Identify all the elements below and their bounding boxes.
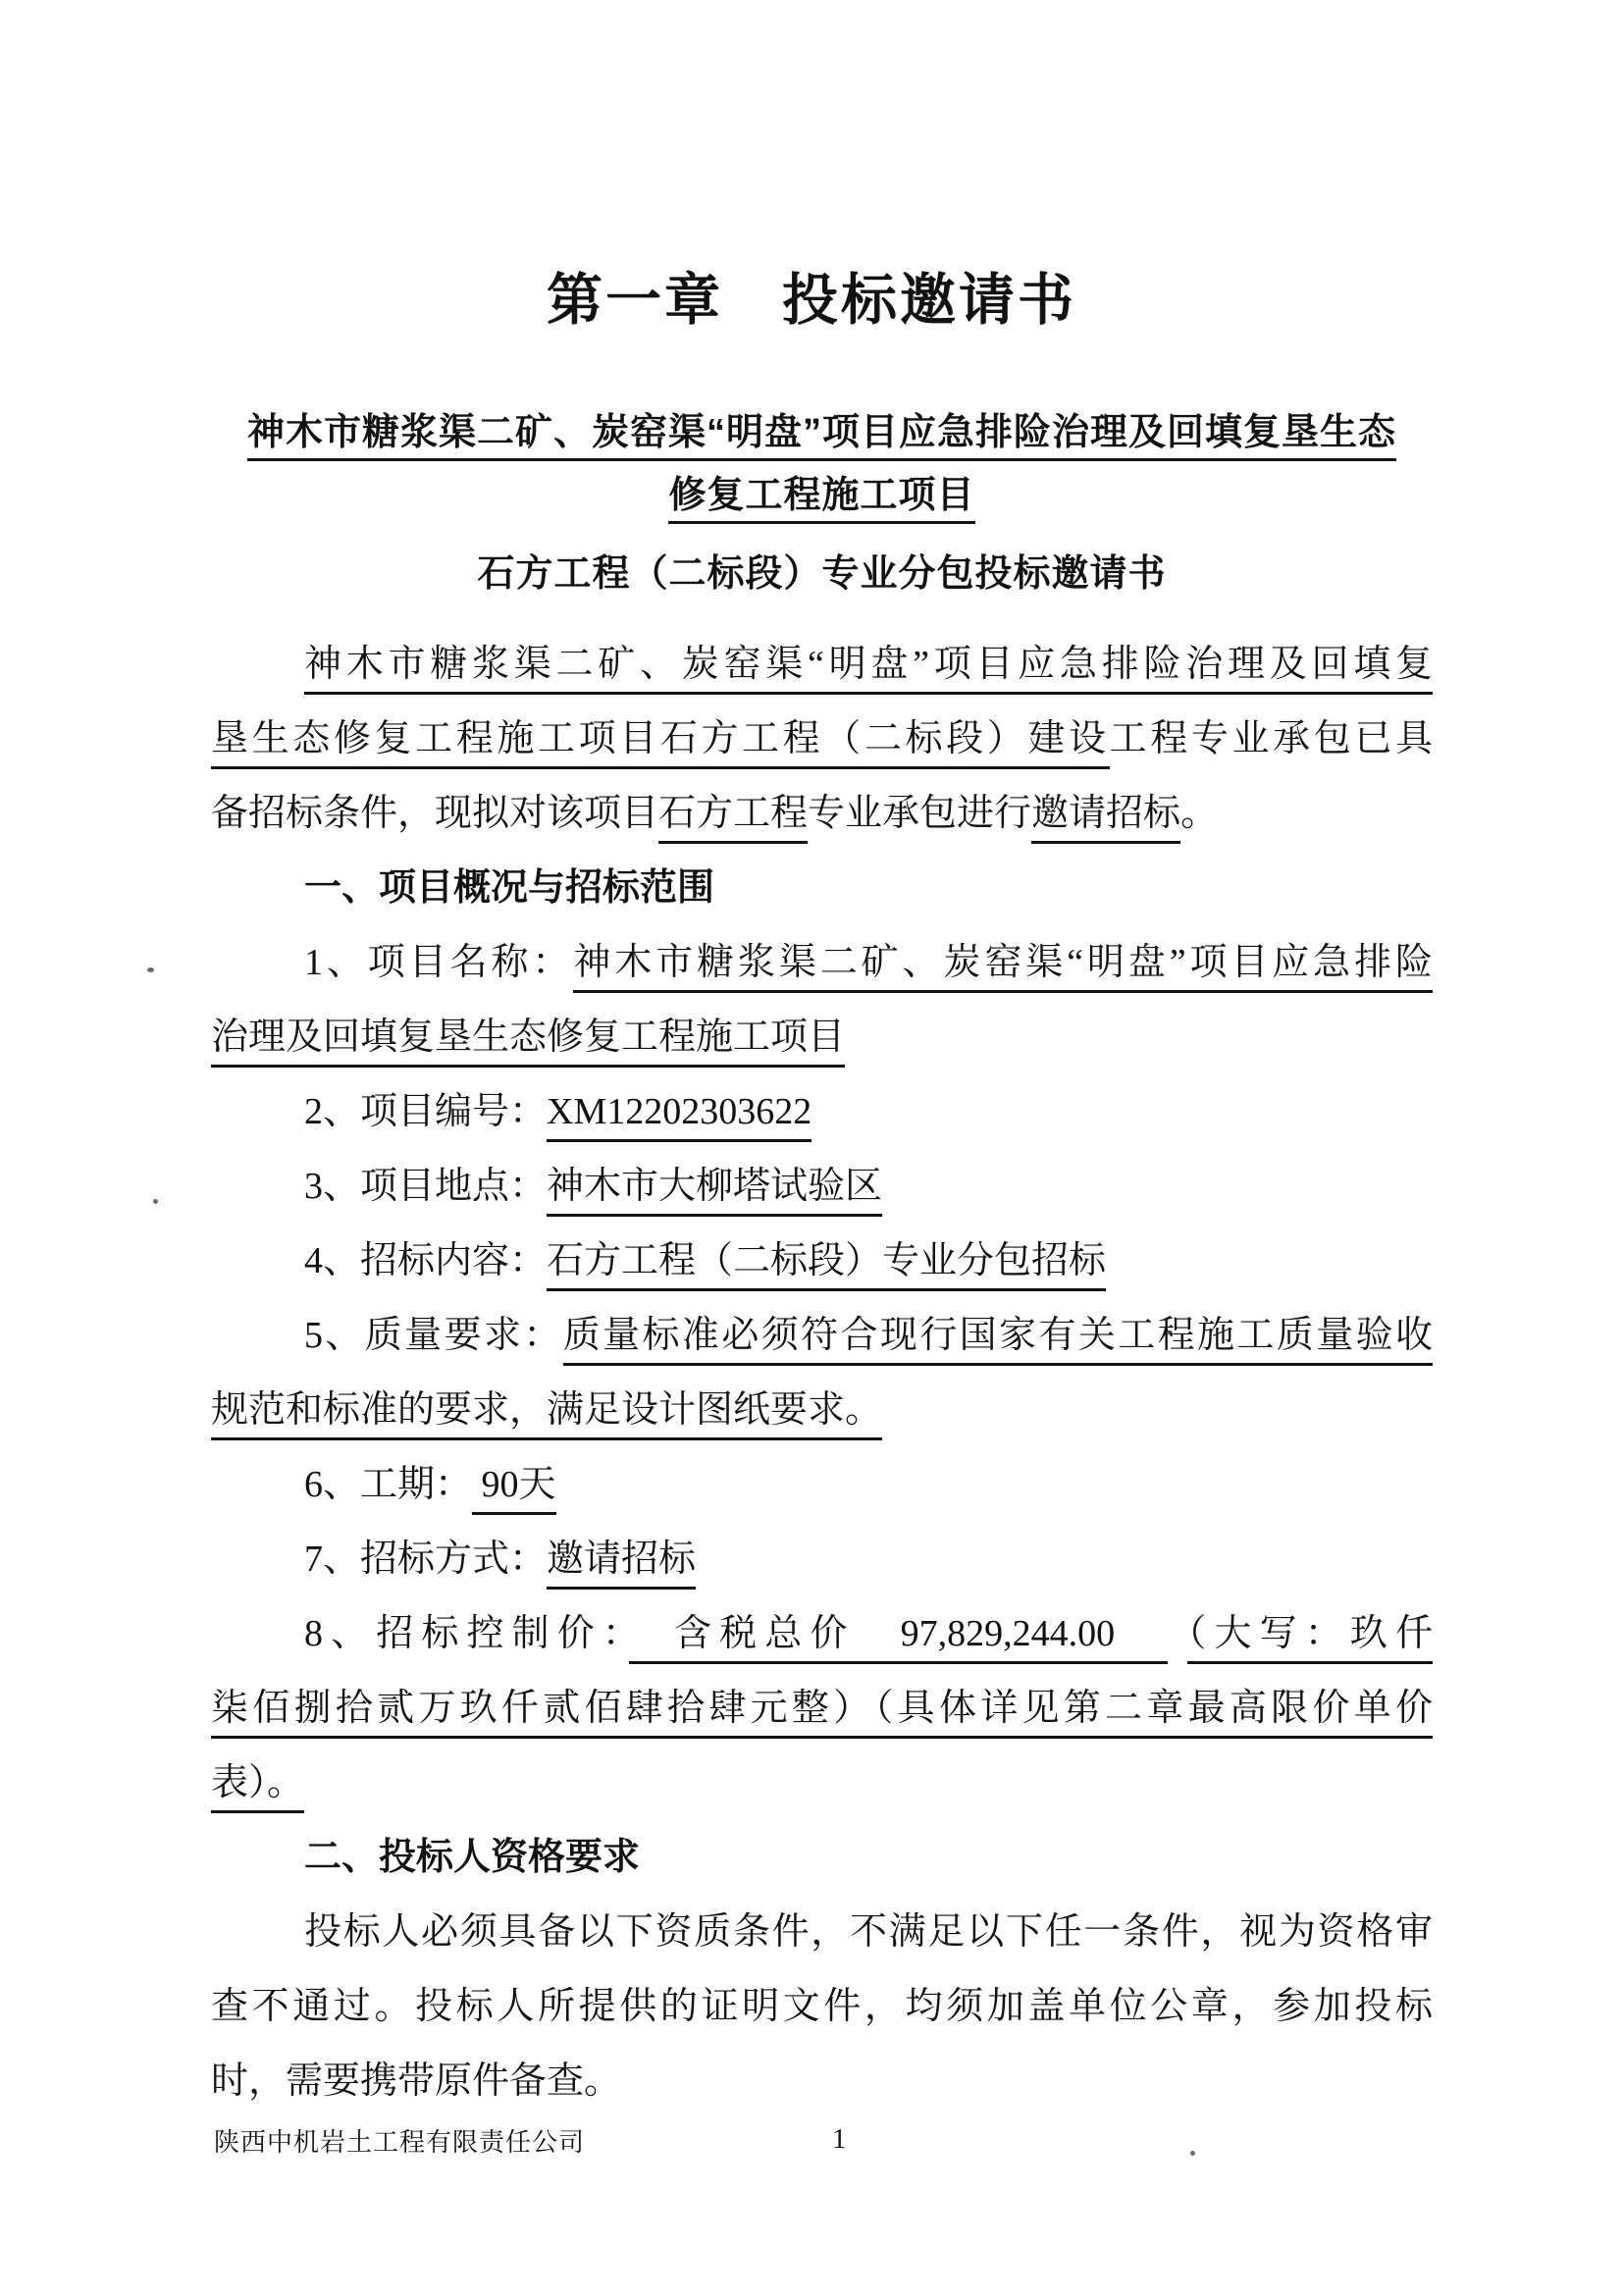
item-control-price-line1: 8、招标控制价： 含税总价 97,829,244.00 （大写：玖仟 [211,1596,1433,1671]
item-bid-content: 4、招标内容：石方工程（二标段）专业分包招标 [211,1224,1433,1298]
intro-line-3-text1: 备招标条件，现拟对该项目 [211,793,658,834]
item-project-name-line1: 1、项目名称：神木市糖浆渠二矿、炭窑渠“明盘”项目应急排险 [211,925,1433,1000]
intro-line-3: 备招标条件，现拟对该项目石方工程专业承包进行邀请招标。 [211,776,1433,851]
intro-line-1-text: 神木市糖浆渠二矿、炭窑渠“明盘”项目应急排险治理及回填复 [304,644,1433,695]
item-quality-label: 5、质量要求： [304,1315,563,1356]
intro-line-3-underline1: 石方工程 [658,793,808,844]
item-project-number: 2、项目编号：XM12202303622 [211,1074,1433,1149]
document-body: 神木市糖浆渠二矿、炭窑渠“明盘”项目应急排险治理及回填复 垦生态修复工程施工项目… [211,627,1433,2118]
item-control-price-capital-start: （大写：玖仟 [1187,1613,1433,1664]
item-duration-label: 6、工期： [304,1464,472,1505]
intro-line-3-underline2: 邀请招标 [1031,793,1180,844]
intro-line-2: 垦生态修复工程施工项目石方工程（二标段）建设工程专业承包已具 [211,702,1433,776]
item-project-number-label: 2、项目编号： [304,1091,547,1132]
item-project-name-value-line2: 治理及回填复垦生态修复工程施工项目 [211,1017,845,1068]
intro-line-1: 神木市糖浆渠二矿、炭窑渠“明盘”项目应急排险治理及回填复 [211,627,1433,702]
bid-subtitle: 石方工程（二标段）专业分包投标邀请书 [211,553,1433,597]
item-quality-line1: 5、质量要求：质量标准必须符合现行国家有关工程施工质量验收 [211,1298,1433,1373]
section2-heading: 二、投标人资格要求 [211,1820,1433,1895]
scan-speck [147,967,154,972]
project-title-line1: 神木市糖浆渠二矿、炭窑渠“明盘”项目应急排险治理及回填复垦生态 [211,412,1433,455]
project-title-line2-text: 修复工程施工项目 [668,475,974,524]
item-bid-method-value: 邀请招标 [547,1539,696,1590]
intro-line-3-text2: 专业承包进行 [808,793,1031,834]
footer-company: 陕西中机岩土工程有限责任公司 [214,2127,585,2159]
item-project-number-value: XM12202303622 [547,1091,811,1142]
project-title-line1-text: 神木市糖浆渠二矿、炭窑渠“明盘”项目应急排险治理及回填复垦生态 [247,412,1396,461]
scan-speck [1168,1331,1173,1335]
document-page: 第一章 投标邀请书 神木市糖浆渠二矿、炭窑渠“明盘”项目应急排险治理及回填复垦生… [0,0,1623,2296]
item-control-price-end: 表）。 [211,1762,304,1813]
qualification-para-line2: 查不通过。投标人所提供的证明文件，均须加盖单位公章，参加投标 [211,1969,1433,2044]
item-duration: 6、工期： 90天 [211,1447,1433,1522]
scan-speck [1190,2151,1195,2156]
item-quality-line2: 规范和标准的要求，满足设计图纸要求。 [211,1373,1433,1447]
item-quality-value-line2: 规范和标准的要求，满足设计图纸要求。 [211,1389,882,1440]
intro-line-2-underlined: 垦生态修复工程施工项目石方工程（二标段）建设 [211,718,1110,769]
item-project-name-value-line1: 神木市糖浆渠二矿、炭窑渠“明盘”项目应急排险 [573,942,1433,993]
item-bid-content-label: 4、招标内容： [304,1240,547,1281]
item-bid-method: 7、招标方式：邀请招标 [211,1522,1433,1596]
section1-heading: 一、项目概况与招标范围 [211,851,1433,925]
item-control-price-value: 含税总价 97,829,244.00 [629,1613,1168,1664]
item-project-location-value: 神木市大柳塔试验区 [547,1166,882,1217]
page-number: 1 [832,2123,847,2155]
item-duration-value: 90天 [472,1464,556,1515]
item-control-price-line2: 柒佰捌拾贰万玖仟贰佰肆拾肆元整）（具体详见第二章最高限价单价 [211,1671,1433,1746]
intro-line-3-text3: 。 [1180,793,1218,834]
item-control-price-line3: 表）。 [211,1746,1433,1820]
intro-line-2-rest: 工程专业承包已具 [1110,718,1433,759]
project-title-line2: 修复工程施工项目 [211,475,1433,518]
item-bid-content-value: 石方工程（二标段）专业分包招标 [547,1240,1106,1291]
item-project-name-line2: 治理及回填复垦生态修复工程施工项目 [211,1000,1433,1074]
scan-speck [153,1199,158,1204]
item-project-name-label: 1、项目名称： [304,942,573,983]
qualification-para-line1: 投标人必须具备以下资质条件，不满足以下任一条件，视为资格审 [211,1895,1433,1969]
chapter-title: 第一章 投标邀请书 [0,273,1623,329]
item-project-location-label: 3、项目地点： [304,1166,547,1207]
item-project-location: 3、项目地点：神木市大柳塔试验区 [211,1149,1433,1224]
item-quality-value-line1: 质量标准必须符合现行国家有关工程施工质量验收 [563,1315,1433,1366]
qualification-para-line3: 时，需要携带原件备查。 [211,2044,1433,2118]
item-control-price-label: 8、招标控制价： [304,1613,629,1654]
item-control-price-capital-text: 柒佰捌拾贰万玖仟贰佰肆拾肆元整）（具体详见第二章最高限价单价 [211,1688,1433,1739]
item-bid-method-label: 7、招标方式： [304,1539,547,1580]
